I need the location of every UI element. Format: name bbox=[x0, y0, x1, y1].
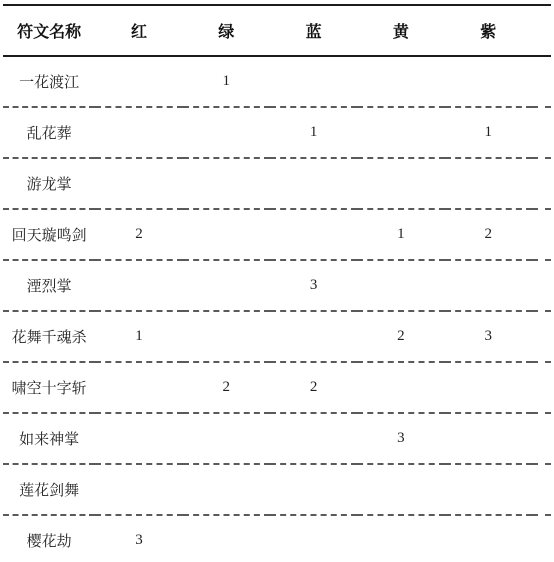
table-row: 乱花葬 1 1 bbox=[3, 107, 551, 158]
rune-count-cell bbox=[445, 464, 532, 515]
rune-count-cell bbox=[445, 362, 532, 413]
rune-count-cell bbox=[95, 107, 182, 158]
filler-cell bbox=[532, 464, 551, 515]
rune-count-cell bbox=[95, 464, 182, 515]
rune-count-cell bbox=[270, 56, 357, 107]
rune-table: 符文名称 红 绿 蓝 黄 紫 一花渡江 1 乱花葬 1 1 游龙掌 bbox=[3, 4, 551, 562]
rune-name-cell: 游龙掌 bbox=[3, 158, 95, 209]
header-row: 符文名称 红 绿 蓝 黄 紫 bbox=[3, 5, 551, 56]
rune-count-cell: 3 bbox=[357, 413, 444, 464]
filler-cell bbox=[532, 107, 551, 158]
rune-count-cell bbox=[357, 56, 444, 107]
rune-name-cell: 乱花葬 bbox=[3, 107, 95, 158]
rune-count-cell bbox=[183, 260, 270, 311]
col-header-filler bbox=[532, 5, 551, 56]
rune-count-cell: 2 bbox=[183, 362, 270, 413]
rune-count-cell bbox=[183, 107, 270, 158]
rune-count-cell bbox=[357, 107, 444, 158]
rune-count-cell: 1 bbox=[357, 209, 444, 260]
rune-count-cell bbox=[445, 413, 532, 464]
rune-count-cell: 1 bbox=[183, 56, 270, 107]
rune-count-cell bbox=[357, 515, 444, 562]
filler-cell bbox=[532, 515, 551, 562]
rune-count-cell bbox=[183, 209, 270, 260]
table-row: 游龙掌 bbox=[3, 158, 551, 209]
rune-count-cell bbox=[95, 158, 182, 209]
rune-count-cell: 2 bbox=[270, 362, 357, 413]
rune-count-cell: 1 bbox=[95, 311, 182, 362]
col-header-purple: 紫 bbox=[445, 5, 532, 56]
filler-cell bbox=[532, 209, 551, 260]
rune-name-cell: 莲花剑舞 bbox=[3, 464, 95, 515]
rune-count-cell bbox=[357, 260, 444, 311]
rune-count-cell: 2 bbox=[445, 209, 532, 260]
table-row: 湮烈掌 3 bbox=[3, 260, 551, 311]
rune-count-cell bbox=[357, 158, 444, 209]
rune-name-cell: 樱花劫 bbox=[3, 515, 95, 562]
filler-cell bbox=[532, 311, 551, 362]
col-header-rune-name: 符文名称 bbox=[3, 5, 95, 56]
rune-count-cell: 2 bbox=[357, 311, 444, 362]
rune-name-cell: 一花渡江 bbox=[3, 56, 95, 107]
rune-count-cell bbox=[445, 158, 532, 209]
rune-name-cell: 花舞千魂杀 bbox=[3, 311, 95, 362]
rune-count-cell bbox=[357, 362, 444, 413]
filler-cell bbox=[532, 158, 551, 209]
table-header: 符文名称 红 绿 蓝 黄 紫 bbox=[3, 5, 551, 56]
col-header-green: 绿 bbox=[183, 5, 270, 56]
rune-count-cell: 3 bbox=[270, 260, 357, 311]
col-header-yellow: 黄 bbox=[357, 5, 444, 56]
rune-count-cell bbox=[270, 515, 357, 562]
rune-count-cell bbox=[95, 56, 182, 107]
rune-count-cell: 2 bbox=[95, 209, 182, 260]
table-body: 一花渡江 1 乱花葬 1 1 游龙掌 回天璇鸣剑 2 1 2 湮烈掌 3 bbox=[3, 56, 551, 562]
rune-name-cell: 回天璇鸣剑 bbox=[3, 209, 95, 260]
table-row: 啸空十字斩 2 2 bbox=[3, 362, 551, 413]
rune-count-cell bbox=[445, 56, 532, 107]
rune-name-cell: 湮烈掌 bbox=[3, 260, 95, 311]
rune-count-cell bbox=[270, 413, 357, 464]
table-row: 花舞千魂杀 1 2 3 bbox=[3, 311, 551, 362]
rune-count-cell: 1 bbox=[445, 107, 532, 158]
table-row: 樱花劫 3 bbox=[3, 515, 551, 562]
rune-count-cell bbox=[357, 464, 444, 515]
rune-count-cell bbox=[183, 311, 270, 362]
rune-table-container: 符文名称 红 绿 蓝 黄 紫 一花渡江 1 乱花葬 1 1 游龙掌 bbox=[3, 4, 551, 562]
filler-cell bbox=[532, 260, 551, 311]
filler-cell bbox=[532, 56, 551, 107]
rune-count-cell: 3 bbox=[445, 311, 532, 362]
rune-count-cell bbox=[95, 362, 182, 413]
rune-count-cell bbox=[183, 464, 270, 515]
rune-count-cell bbox=[445, 515, 532, 562]
rune-count-cell bbox=[183, 158, 270, 209]
col-header-blue: 蓝 bbox=[270, 5, 357, 56]
rune-name-cell: 如来神掌 bbox=[3, 413, 95, 464]
rune-count-cell bbox=[270, 158, 357, 209]
rune-count-cell bbox=[95, 260, 182, 311]
filler-cell bbox=[532, 362, 551, 413]
col-header-red: 红 bbox=[95, 5, 182, 56]
rune-count-cell bbox=[95, 413, 182, 464]
rune-name-cell: 啸空十字斩 bbox=[3, 362, 95, 413]
rune-count-cell bbox=[270, 209, 357, 260]
rune-count-cell bbox=[445, 260, 532, 311]
filler-cell bbox=[532, 413, 551, 464]
table-row: 一花渡江 1 bbox=[3, 56, 551, 107]
table-row: 莲花剑舞 bbox=[3, 464, 551, 515]
rune-count-cell bbox=[183, 413, 270, 464]
rune-count-cell: 1 bbox=[270, 107, 357, 158]
rune-count-cell bbox=[183, 515, 270, 562]
rune-count-cell bbox=[270, 311, 357, 362]
table-row: 如来神掌 3 bbox=[3, 413, 551, 464]
rune-count-cell bbox=[270, 464, 357, 515]
table-row: 回天璇鸣剑 2 1 2 bbox=[3, 209, 551, 260]
rune-count-cell: 3 bbox=[95, 515, 182, 562]
